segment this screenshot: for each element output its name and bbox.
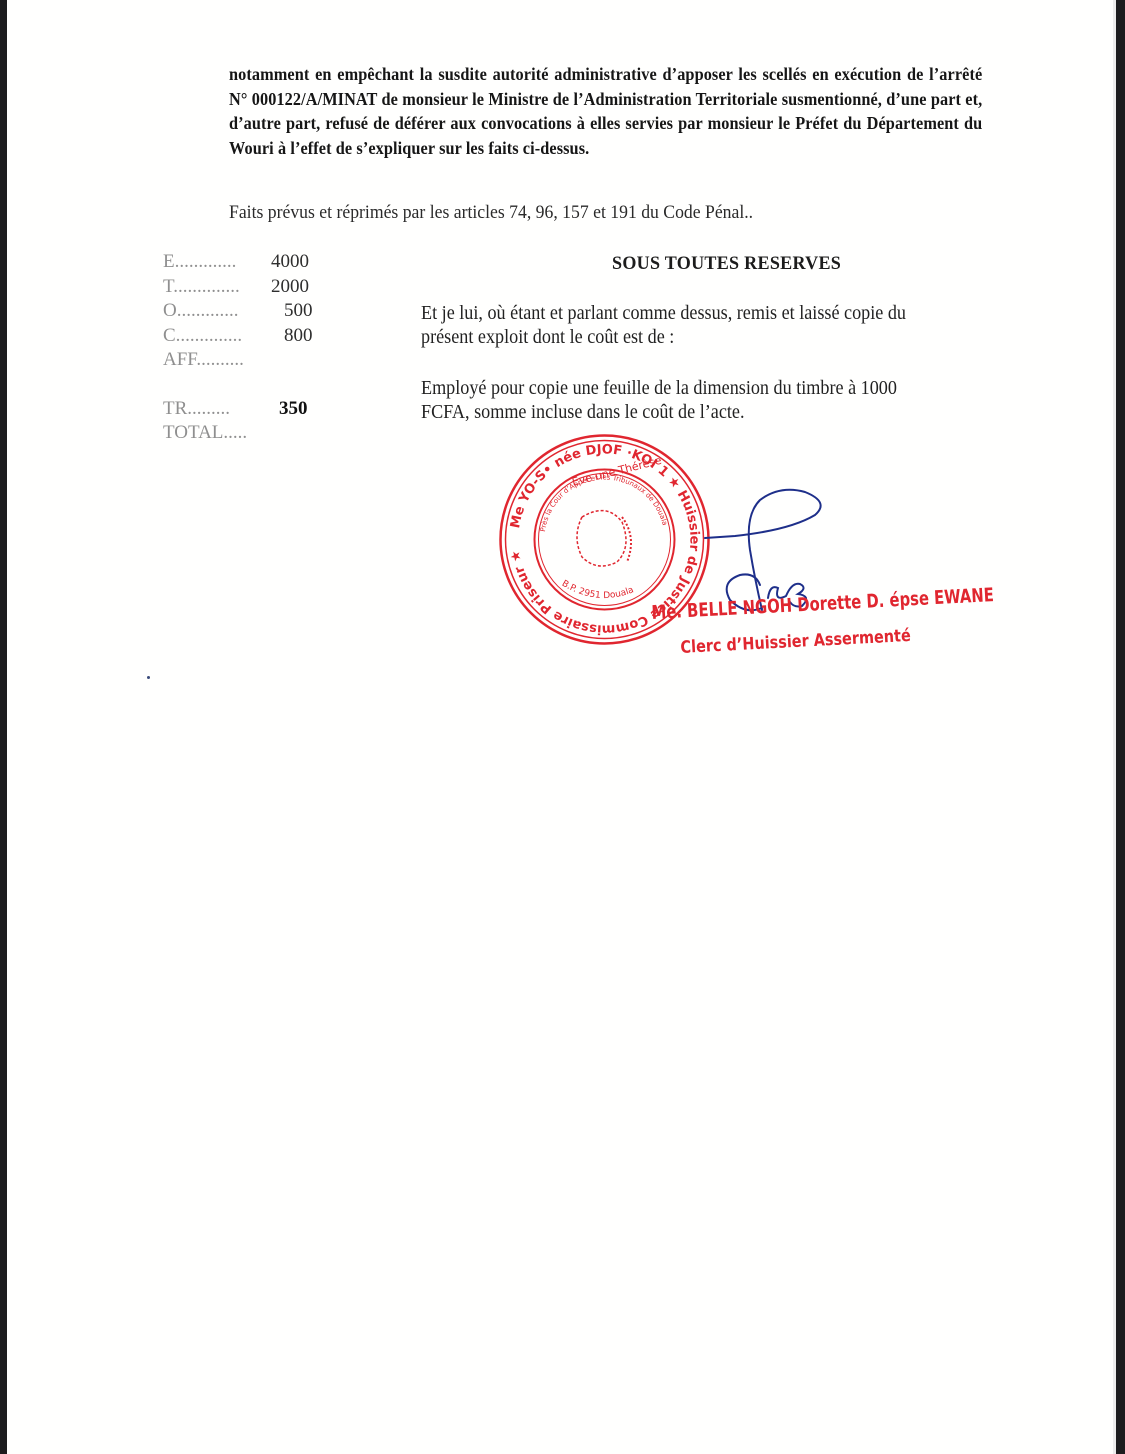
cost-row-t: T..............2000 <box>163 275 343 300</box>
cost-value: 800 <box>284 324 313 349</box>
copy-paragraph: Employé pour copie une feuille de la dim… <box>421 377 942 425</box>
cost-label: T.............. <box>163 275 240 300</box>
cost-value: 4000 <box>271 250 309 275</box>
stamp-bottom-text: B.P. 2951 Douala <box>560 579 635 601</box>
cost-value: 350 <box>279 397 308 422</box>
cost-breakdown: E.............4000 T..............2000 O… <box>163 250 343 446</box>
cost-row-total: TOTAL..... <box>163 421 343 446</box>
svg-text:B.P. 2951 Douala: B.P. 2951 Douala <box>560 579 635 601</box>
stamp-inner-ring: Près la Cour d’Appel et les Tribunaux de… <box>539 473 669 532</box>
cost-label: TR......... <box>163 397 230 422</box>
cost-label: AFF.......... <box>163 348 244 373</box>
svg-text:Près la Cour d’Appel et les Tr: Près la Cour d’Appel et les Tribunaux de… <box>539 473 669 532</box>
cost-label: TOTAL..... <box>163 421 247 446</box>
scan-speck <box>147 676 150 679</box>
cost-label: C.............. <box>163 324 242 349</box>
body-paragraph: notamment en empêchant la susdite autori… <box>229 62 982 160</box>
cost-row-e: E.............4000 <box>163 250 343 275</box>
cost-row-tr: TR.........350 <box>163 397 343 422</box>
service-paragraph: Et je lui, où étant et parlant comme des… <box>421 302 942 350</box>
reserves-heading: SOUS TOUTES RESERVES <box>612 253 841 275</box>
cost-row-aff: AFF.......... <box>163 348 343 373</box>
viewer-right-edge <box>1116 0 1125 1454</box>
cost-label: E............. <box>163 250 236 275</box>
viewer-left-edge <box>0 0 7 1454</box>
cost-label: O............. <box>163 299 238 324</box>
cost-row-o: O.............500 <box>163 299 343 324</box>
cost-row-c: C..............800 <box>163 324 343 349</box>
cost-value: 2000 <box>271 275 309 300</box>
legal-basis-line: Faits prévus et réprimés par les article… <box>229 202 753 224</box>
cost-value: 500 <box>284 299 313 324</box>
